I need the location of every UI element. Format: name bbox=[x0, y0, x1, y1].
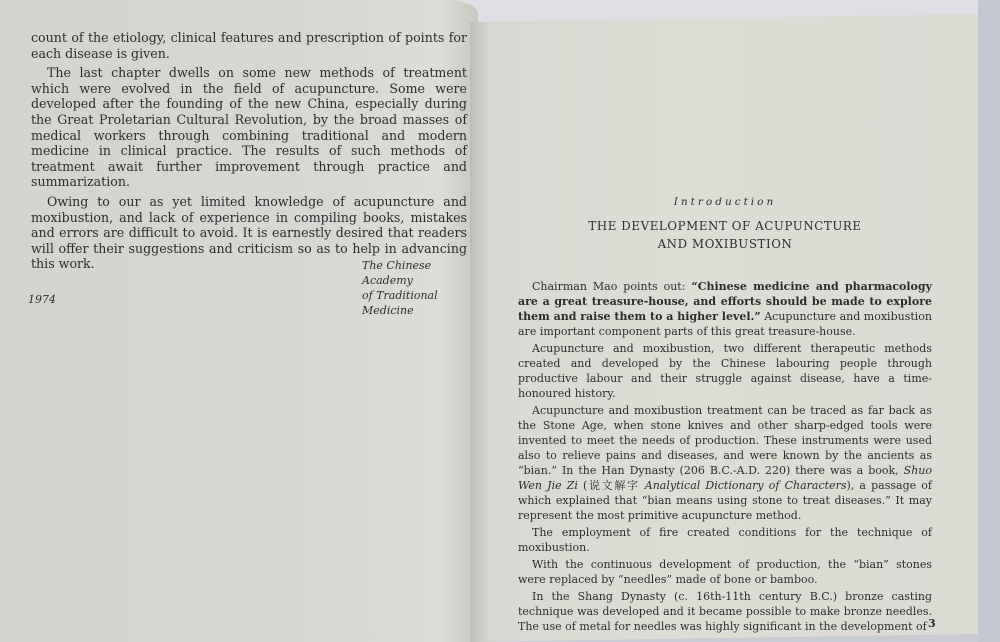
title-line: THE DEVELOPMENT OF ACUPUNCTURE bbox=[518, 217, 932, 235]
paragraph: count of the etiology, clinical features… bbox=[31, 30, 467, 61]
text: Chairman Mao points out: bbox=[532, 280, 691, 293]
title-line: AND MOXIBUSTION bbox=[518, 235, 932, 253]
paragraph: The employment of fire created condition… bbox=[518, 525, 932, 555]
left-page: count of the etiology, clinical features… bbox=[0, 0, 478, 642]
chinese-title: (说文解字 bbox=[578, 479, 645, 492]
left-page-text: count of the etiology, clinical features… bbox=[31, 30, 467, 276]
section-label: Introduction bbox=[518, 195, 932, 210]
chapter-title: THE DEVELOPMENT OF ACUPUNCTURE AND MOXIB… bbox=[518, 217, 932, 253]
paragraph: With the continuous development of produ… bbox=[518, 557, 932, 587]
paragraph: In the Shang Dynasty (c. 16th-11th centu… bbox=[518, 589, 932, 634]
paragraph: Acupuncture and moxibustion treatment ca… bbox=[518, 403, 932, 523]
background-edge bbox=[978, 0, 1000, 642]
signature-line: The Chinese Academy bbox=[362, 258, 478, 288]
paragraph: Acupuncture and moxibustion, two differe… bbox=[518, 341, 932, 401]
year: 1974 bbox=[28, 293, 56, 306]
signature-line: of Traditional Medicine bbox=[362, 288, 478, 318]
text: Acupuncture and moxibustion treatment ca… bbox=[518, 404, 932, 477]
paragraph: Chairman Mao points out: “Chinese medici… bbox=[518, 279, 932, 339]
right-page-text: Introduction THE DEVELOPMENT OF ACUPUNCT… bbox=[518, 195, 932, 636]
paragraph: The last chapter dwells on some new meth… bbox=[31, 65, 467, 190]
book-title-english: Analytical Dictionary of Characters bbox=[645, 479, 847, 492]
page-number: 3 bbox=[928, 617, 936, 630]
signature: The Chinese Academy of Traditional Medic… bbox=[362, 258, 478, 318]
